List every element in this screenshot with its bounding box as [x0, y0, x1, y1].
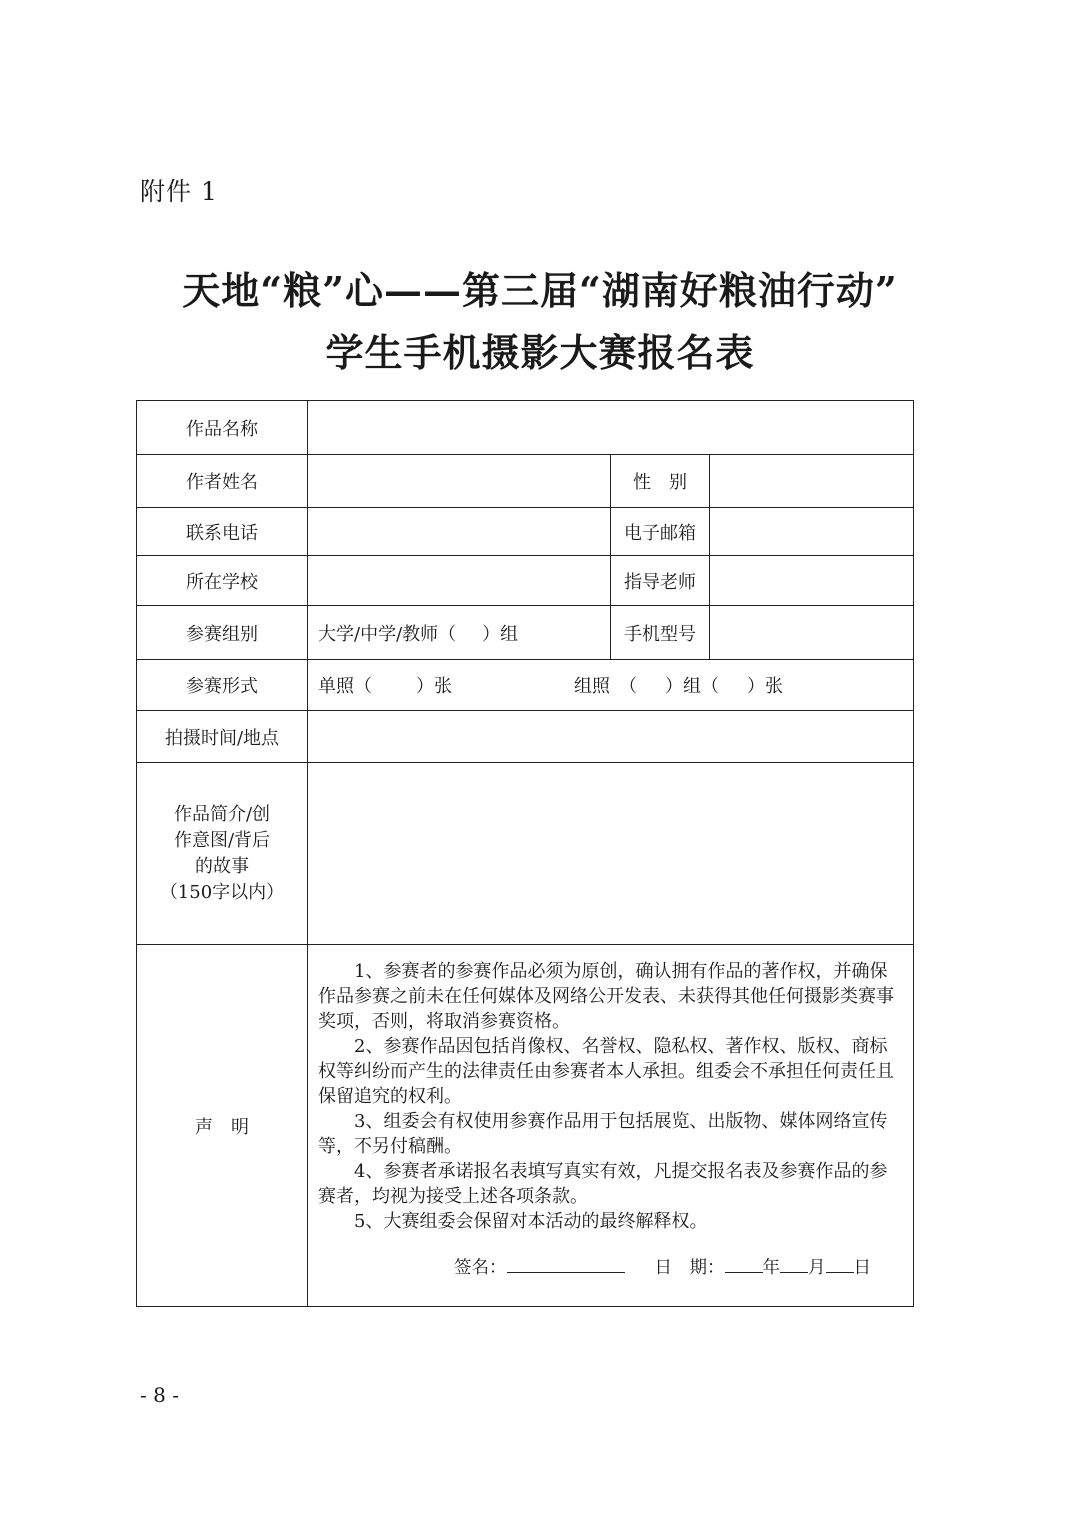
signature-row: 签名：日 期：年月日	[318, 1254, 903, 1281]
year-line[interactable]	[725, 1254, 763, 1273]
single-photo-prefix: 单照（	[318, 676, 372, 697]
format-field[interactable]: 单照（）张组照 （）组（）张	[308, 660, 914, 711]
time-place-field[interactable]	[308, 711, 914, 763]
intro-label: 作品简介/创 作意图/背后 的故事 （150字以内）	[137, 763, 308, 945]
intro-label-line: 作意图/背后	[137, 828, 307, 854]
teacher-field[interactable]	[710, 556, 914, 606]
single-photo-suffix: ）张	[416, 676, 452, 697]
statement-label: 声 明	[137, 945, 308, 1307]
group-label: 参赛组别	[137, 606, 308, 660]
registration-form-table: 作品名称 作者姓名 性 别 联系电话 电子邮箱 所在学校 指导老师 参赛组别 大…	[136, 400, 914, 1307]
format-label: 参赛形式	[137, 660, 308, 711]
email-field[interactable]	[710, 508, 914, 556]
intro-label-line: 的故事	[137, 854, 307, 880]
statement-item: 4、参赛者承诺报名表填写真实有效，凡提交报名表及参赛作品的参赛者，均视为接受上述…	[318, 1159, 903, 1209]
set-photo-prefix: 组照 （	[574, 676, 637, 697]
day-label: 日	[854, 1258, 872, 1278]
statement-item: 3、组委会有权使用参赛作品用于包括展览、出版物、媒体网络宣传等，不另付稿酬。	[318, 1109, 903, 1159]
document-title-line1: 天地“粮”心——第三届“湖南好粮油行动”	[0, 260, 1080, 315]
work-name-field[interactable]	[308, 401, 914, 455]
email-label: 电子邮箱	[611, 508, 710, 556]
intro-field[interactable]	[308, 763, 914, 945]
intro-label-line: （150字以内）	[137, 880, 307, 906]
group-suffix: ）组	[482, 624, 518, 645]
month-label: 月	[808, 1258, 826, 1278]
group-prefix: 大学/中学/教师（	[318, 624, 456, 645]
page-number: - 8 -	[140, 1383, 179, 1407]
date-label: 日 期：	[655, 1258, 725, 1278]
school-field[interactable]	[308, 556, 611, 606]
author-name-field[interactable]	[308, 455, 611, 508]
set-photo-suffix: ）张	[747, 676, 783, 697]
phone-model-label: 手机型号	[611, 606, 710, 660]
document-title-line2: 学生手机摄影大赛报名表	[0, 322, 1080, 377]
signature-line[interactable]	[507, 1254, 625, 1273]
year-label: 年	[763, 1258, 781, 1278]
day-line[interactable]	[826, 1254, 854, 1273]
attachment-label: 附件 1	[140, 172, 218, 208]
gender-field[interactable]	[710, 455, 914, 508]
phone-label: 联系电话	[137, 508, 308, 556]
group-field[interactable]: 大学/中学/教师（）组	[308, 606, 611, 660]
statement-content: 1、参赛者的参赛作品必须为原创，确认拥有作品的著作权，并确保作品参赛之前未在任何…	[308, 945, 914, 1307]
author-name-label: 作者姓名	[137, 455, 308, 508]
statement-item: 1、参赛者的参赛作品必须为原创，确认拥有作品的著作权，并确保作品参赛之前未在任何…	[318, 959, 903, 1034]
phone-field[interactable]	[308, 508, 611, 556]
gender-label: 性 别	[611, 455, 710, 508]
time-place-label: 拍摄时间/地点	[137, 711, 308, 763]
work-name-label: 作品名称	[137, 401, 308, 455]
statement-item: 2、参赛作品因包括肖像权、名誉权、隐私权、著作权、版权、商标权等纠纷而产生的法律…	[318, 1034, 903, 1109]
phone-model-field[interactable]	[710, 606, 914, 660]
signature-label: 签名：	[454, 1258, 507, 1278]
month-line[interactable]	[780, 1254, 808, 1273]
intro-label-line: 作品简介/创	[137, 802, 307, 828]
set-photo-mid: ）组（	[665, 676, 719, 697]
statement-item: 5、大赛组委会保留对本活动的最终解释权。	[318, 1209, 903, 1234]
teacher-label: 指导老师	[611, 556, 710, 606]
school-label: 所在学校	[137, 556, 308, 606]
